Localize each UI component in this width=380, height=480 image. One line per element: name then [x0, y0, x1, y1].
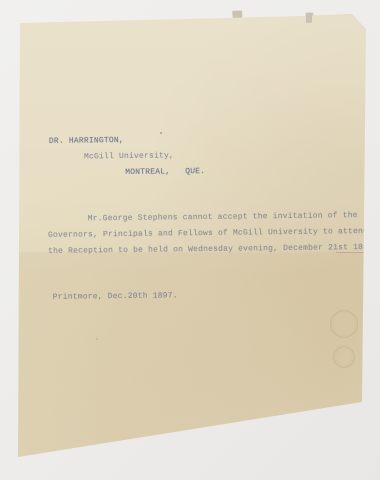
- scan-background: DR. HARRINGTON, McGill University, MONTR…: [0, 0, 380, 480]
- recipient-city: MONTREAL, QUE.: [125, 167, 205, 177]
- body-line-2: Governors, Principals and Fellows of McG…: [48, 227, 368, 240]
- dateline: Printmore, Dec.20th 1897.: [53, 291, 178, 302]
- recipient-institution: McGill University,: [84, 151, 174, 161]
- typed-text-layer: DR. HARRINGTON, McGill University, MONTR…: [0, 0, 380, 480]
- body-line-1: Mr.George Stephens cannot accept the inv…: [88, 211, 358, 223]
- letter-sheet: DR. HARRINGTON, McGill University, MONTR…: [0, 0, 380, 480]
- body-line-3: the Reception to be held on Wednesday ev…: [48, 243, 378, 256]
- recipient-name: DR. HARRINGTON,: [49, 136, 124, 146]
